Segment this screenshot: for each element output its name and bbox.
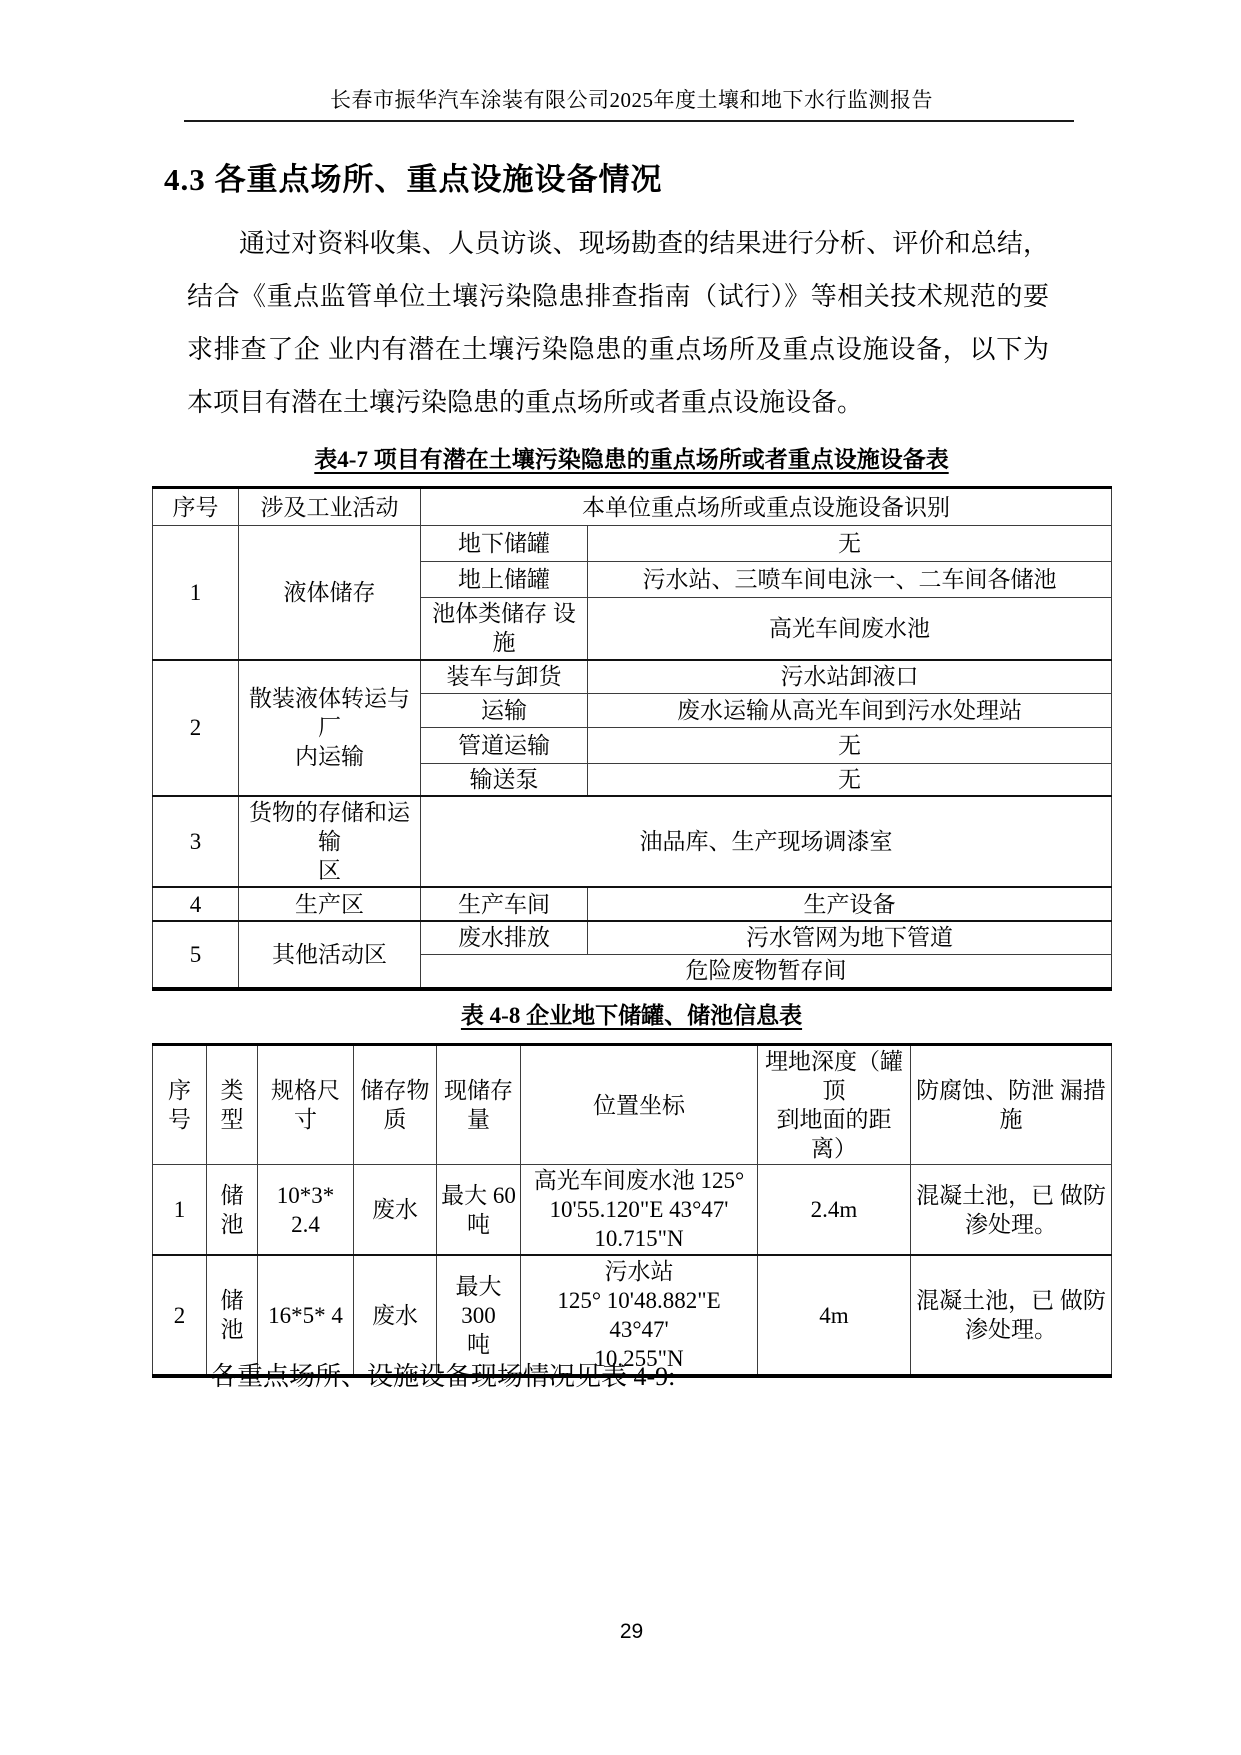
table-row: 2 散装液体转运与厂 内运输 装车与卸货 污水站卸液口 [153,660,1112,694]
t47-sub-value: 油品库、生产现场调漆室 [421,796,1112,887]
table-row: 5 其他活动区 废水排放 污水管网为地下管道 [153,921,1112,954]
t47-group5-activity: 其他活动区 [239,921,421,989]
closing-line: 各重点场所、设施设备现场情况见表 4-9: [211,1356,675,1393]
t47-sub-item: 池体类储存 设施 [421,598,588,660]
document-header-title: 长春市振华汽车涂装有限公司2025年度土壤和地下水行监测报告 [152,84,1111,114]
t48-row1-size: 10*3* 2.4 [258,1165,354,1256]
t47-group4-no: 4 [153,887,239,921]
table-row: 序 号 类 型 规格尺寸 储存物 质 现储存 量 位置坐标 埋地深度（罐顶 到地… [153,1045,1112,1165]
t47-sub-item: 废水排放 [421,921,588,954]
t47-group1-no: 1 [153,526,239,660]
table-4-8-caption-text: 表 4-8 企业地下储罐、储池信息表 [461,1003,802,1028]
t48-row1-amount: 最大 60 吨 [437,1165,521,1256]
t47-sub-value: 污水管网为地下管道 [588,921,1112,954]
t47-group1-activity: 液体储存 [239,526,421,660]
t47-sub-value: 无 [588,764,1112,797]
t47-header-identification: 本单位重点场所或重点设施设备识别 [421,488,1112,526]
table-4-8-caption: 表 4-8 企业地下储罐、储池信息表 [152,997,1111,1030]
t47-sub-item: 装车与卸货 [421,660,588,694]
table-row: 4 生产区 生产车间 生产设备 [153,887,1112,921]
t48-header-size: 规格尺寸 [258,1045,354,1165]
t47-sub-value: 污水站卸液口 [588,660,1112,694]
t48-row1-depth: 2.4m [758,1165,911,1256]
t47-sub-item: 地上储罐 [421,562,588,598]
t48-header-seq: 序 号 [153,1045,207,1165]
t47-group3-activity: 货物的存储和运输 区 [239,796,421,887]
table-4-7-caption: 表4-7 项目有潜在土壤污染隐患的重点场所或者重点设施设备表 [152,441,1111,474]
t48-row1-no: 1 [153,1165,207,1256]
table-row: 3 货物的存储和运输 区 油品库、生产现场调漆室 [153,796,1112,887]
t48-header-location: 位置坐标 [521,1045,758,1165]
t47-sub-item: 地下储罐 [421,526,588,562]
t48-header-substance: 储存物 质 [354,1045,437,1165]
t48-row1-substance: 废水 [354,1165,437,1256]
t47-sub-item: 生产车间 [421,887,588,921]
t48-row1-protection: 混凝土池，已 做防 渗处理。 [911,1165,1112,1256]
table-row: 1 储 池 10*3* 2.4 废水 最大 60 吨 高光车间废水池 125° … [153,1165,1112,1256]
t47-sub-value: 污水站、三喷车间电泳一、二车间各储池 [588,562,1112,598]
t47-group5-no: 5 [153,921,239,989]
t47-sub-value: 生产设备 [588,887,1112,921]
t48-row1-type: 储 池 [207,1165,258,1256]
table-4-8: 序 号 类 型 规格尺寸 储存物 质 现储存 量 位置坐标 埋地深度（罐顶 到地… [152,1043,1112,1378]
table-4-7: 序号 涉及工业活动 本单位重点场所或重点设施设备识别 1 液体储存 地下储罐 无… [152,486,1112,991]
t47-header-seq: 序号 [153,488,239,526]
table-4-7-caption-text: 表4-7 项目有潜在土壤污染隐患的重点场所或者重点设施设备表 [314,447,948,472]
t47-group2-no: 2 [153,660,239,797]
t48-header-depth: 埋地深度（罐顶 到地面的距离） [758,1045,911,1165]
t47-sub-item: 输送泵 [421,764,588,797]
t47-header-activity: 涉及工业活动 [239,488,421,526]
table-row: 1 液体储存 地下储罐 无 [153,526,1112,562]
t47-group3-no: 3 [153,796,239,887]
section-heading: 4.3 各重点场所、重点设施设备情况 [164,154,663,199]
t47-group4-activity: 生产区 [239,887,421,921]
page-number: 29 [152,1620,1111,1644]
t47-sub-value: 危险废物暂存间 [421,954,1112,989]
t47-sub-item: 运输 [421,694,588,728]
report-page: 长春市振华汽车涂装有限公司2025年度土壤和地下水行监测报告 4.3 各重点场所… [0,0,1241,1755]
t47-sub-value: 废水运输从高光车间到污水处理站 [588,694,1112,728]
t48-header-protection: 防腐蚀、防泄 漏措 施 [911,1045,1112,1165]
t48-header-type: 类 型 [207,1045,258,1165]
t48-row2-depth: 4m [758,1255,911,1376]
t48-row2-no: 2 [153,1255,207,1376]
t47-sub-value: 无 [588,728,1112,764]
intro-paragraph: 通过对资料收集、人员访谈、现场勘查的结果进行分析、评价和总结，结合《重点监管单位… [187,217,1049,429]
t47-sub-item: 管道运输 [421,728,588,764]
t47-sub-value: 无 [588,526,1112,562]
t48-header-amount: 现储存 量 [437,1045,521,1165]
t47-group2-activity: 散装液体转运与厂 内运输 [239,660,421,797]
header-divider [184,120,1074,122]
t48-row1-location: 高光车间废水池 125° 10'55.120"E 43°47' 10.715"N [521,1165,758,1256]
t48-row2-protection: 混凝土池，已 做防 渗处理。 [911,1255,1112,1376]
table-row: 序号 涉及工业活动 本单位重点场所或重点设施设备识别 [153,488,1112,526]
t47-sub-value: 高光车间废水池 [588,598,1112,660]
